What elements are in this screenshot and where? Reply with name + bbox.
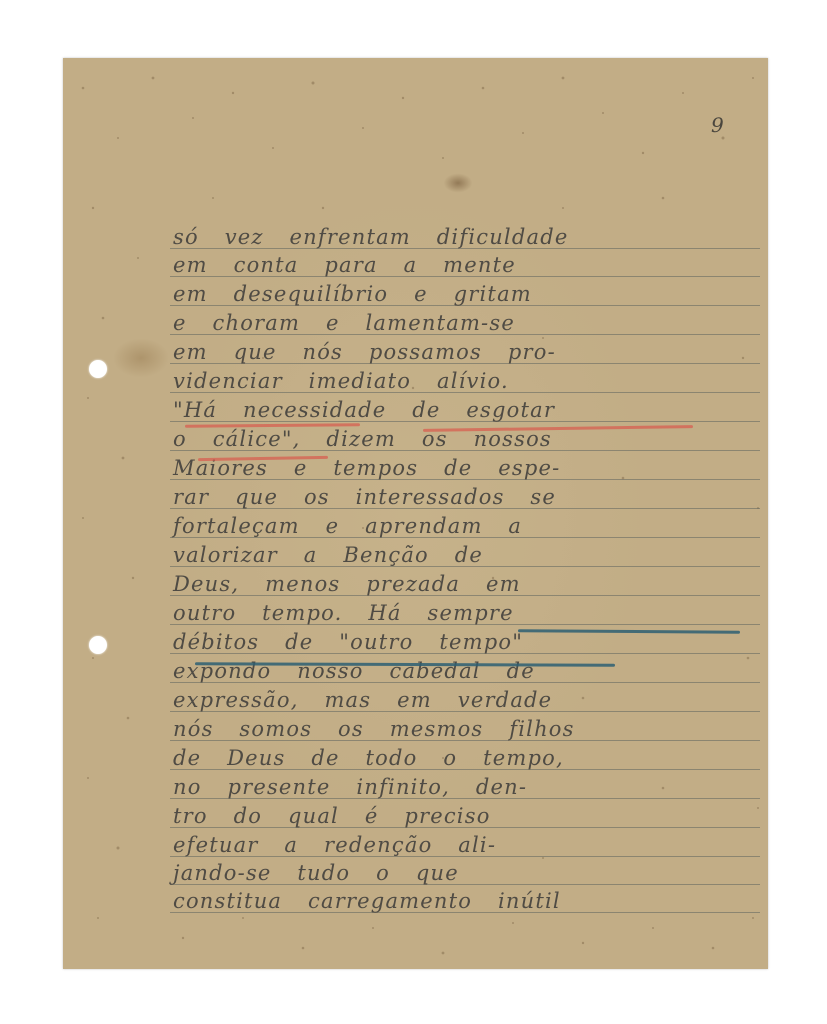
text-line: jando-se tudo o que xyxy=(173,860,758,886)
text-line: em desequilíbrio e gritam xyxy=(173,281,758,307)
text-line: e choram e lamentam-se xyxy=(173,310,758,336)
text-line: videnciar imediato alívio. xyxy=(173,368,758,394)
text-line: constitua carregamento inútil xyxy=(173,888,758,914)
text-line: valorizar a Benção de xyxy=(173,542,758,568)
manuscript-page: 9 só vez enfrentam dificuldade em conta … xyxy=(63,58,768,969)
text-line: "Há necessidade de esgotar xyxy=(173,397,758,423)
text-line: outro tempo. Há sempre xyxy=(173,600,758,626)
text-line: rar que os interessados se xyxy=(173,484,758,510)
text-line: Deus, menos prezada em xyxy=(173,571,758,597)
text-line: de Deus de todo o tempo, xyxy=(173,745,758,771)
text-line: fortaleçam e aprendam a xyxy=(173,513,758,539)
text-line: em conta para a mente xyxy=(173,252,758,278)
text-line: em que nós possamos pro- xyxy=(173,339,758,365)
text-line: nós somos os mesmos filhos xyxy=(173,716,758,742)
text-line: só vez enfrentam dificuldade xyxy=(173,224,758,250)
text-line: no presente infinito, den- xyxy=(173,774,758,800)
text-line: expressão, mas em verdade xyxy=(173,687,758,713)
text-line: efetuar a redenção ali- xyxy=(173,832,758,858)
handwritten-text: só vez enfrentam dificuldade em conta pa… xyxy=(63,58,768,969)
text-line: tro do qual é preciso xyxy=(173,803,758,829)
